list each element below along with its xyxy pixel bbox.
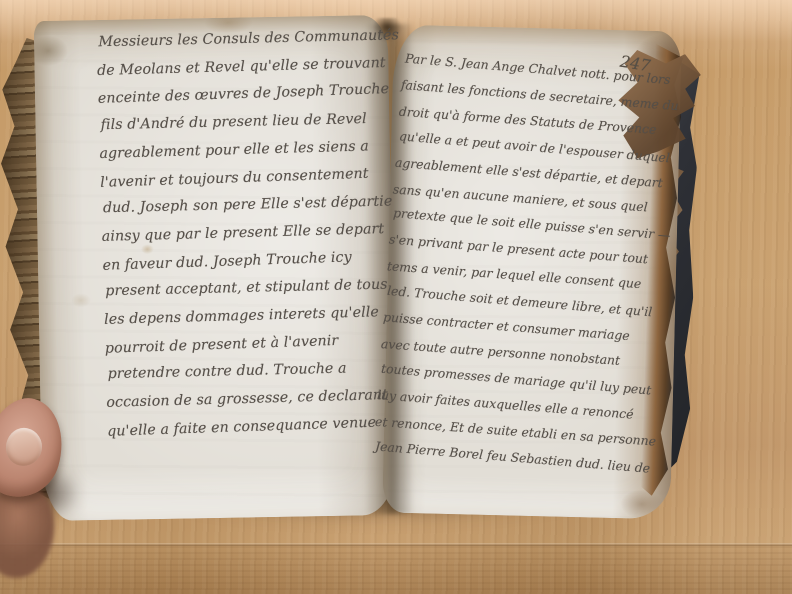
right-page-handwriting: Par le S. Jean Ange Chalvet nott. pour l…: [372, 46, 685, 481]
table-lower-plank: [0, 546, 792, 594]
photo-of-open-manuscript-book: Messieurs les Consuls des Communautésde …: [0, 0, 792, 594]
left-page-handwriting: Messieurs les Consuls des Communautésde …: [96, 22, 405, 446]
